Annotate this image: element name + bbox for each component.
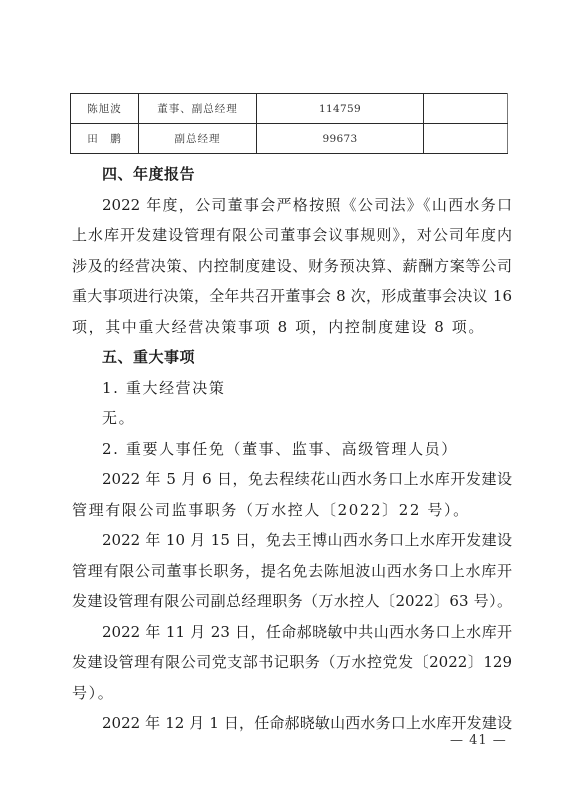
cell-amount: 114759 — [257, 94, 424, 124]
document-page: 陈旭波 董事、副总经理 114759 田 鹏 副总经理 99673 四、年度报告… — [0, 0, 575, 802]
paragraph-line: 发建设管理有限公司副总经理职务（万水控人〔2022〕63 号）。 — [72, 586, 512, 617]
paragraph-line: 管理有限公司董事长职务，提名免去陈旭波山西水务口上水库开 — [72, 556, 512, 587]
table-row: 陈旭波 董事、副总经理 114759 — [71, 94, 508, 124]
page-number: — 41 — — [450, 733, 507, 748]
cell-name: 陈旭波 — [71, 94, 139, 124]
cell-position: 副总经理 — [139, 124, 257, 154]
cell-amount: 99673 — [257, 124, 424, 154]
document-body: 四、年度报告 2022 年度，公司董事会严格按照《公司法》《山西水务口 上水库开… — [72, 159, 512, 739]
paragraph-line: 管理有限公司监事职务（万水控人〔2022〕22 号）。 — [72, 495, 512, 526]
cell-name: 田 鹏 — [71, 124, 139, 154]
paragraph-line: 2022 年 5 月 6 日，免去程续花山西水务口上水库开发建设 — [72, 464, 512, 495]
table-row: 田 鹏 副总经理 99673 — [71, 124, 508, 154]
paragraph-line: 2022 年 12 月 1 日，任命郝晓敏山西水务口上水库开发建设 — [72, 708, 512, 739]
cell-note — [424, 124, 508, 154]
paragraph-line: 发建设管理有限公司党支部书记职务（万水控党发〔2022〕129 — [72, 647, 512, 678]
paragraph-line: 2022 年 10 月 15 日，免去王博山西水务口上水库开发建设 — [72, 525, 512, 556]
compensation-table: 陈旭波 董事、副总经理 114759 田 鹏 副总经理 99673 — [70, 93, 508, 154]
paragraph-line: 项，其中重大经营决策事项 8 项，内控制度建设 8 项。 — [72, 312, 512, 343]
paragraph-line: 重大事项进行决策，全年共召开董事会 8 次，形成董事会决议 16 — [72, 281, 512, 312]
paragraph-line: 号）。 — [72, 678, 512, 709]
subsection-title: 2. 重要人事任免（董事、监事、高级管理人员） — [72, 434, 512, 465]
paragraph-line: 2022 年度，公司董事会严格按照《公司法》《山西水务口 — [72, 190, 512, 221]
paragraph-line: 涉及的经营决策、内控制度建设、财务预决算、薪酬方案等公司 — [72, 251, 512, 282]
subsection-body: 无。 — [72, 403, 512, 434]
cell-note — [424, 94, 508, 124]
paragraph-line: 2022 年 11 月 23 日，任命郝晓敏中共山西水务口上水库开 — [72, 617, 512, 648]
cell-position: 董事、副总经理 — [139, 94, 257, 124]
section-heading-annual-report: 四、年度报告 — [72, 159, 512, 190]
section-heading-major-matters: 五、重大事项 — [72, 342, 512, 373]
subsection-title: 1. 重大经营决策 — [72, 373, 512, 404]
paragraph-line: 上水库开发建设管理有限公司董事会议事规则》，对公司年度内 — [72, 220, 512, 251]
